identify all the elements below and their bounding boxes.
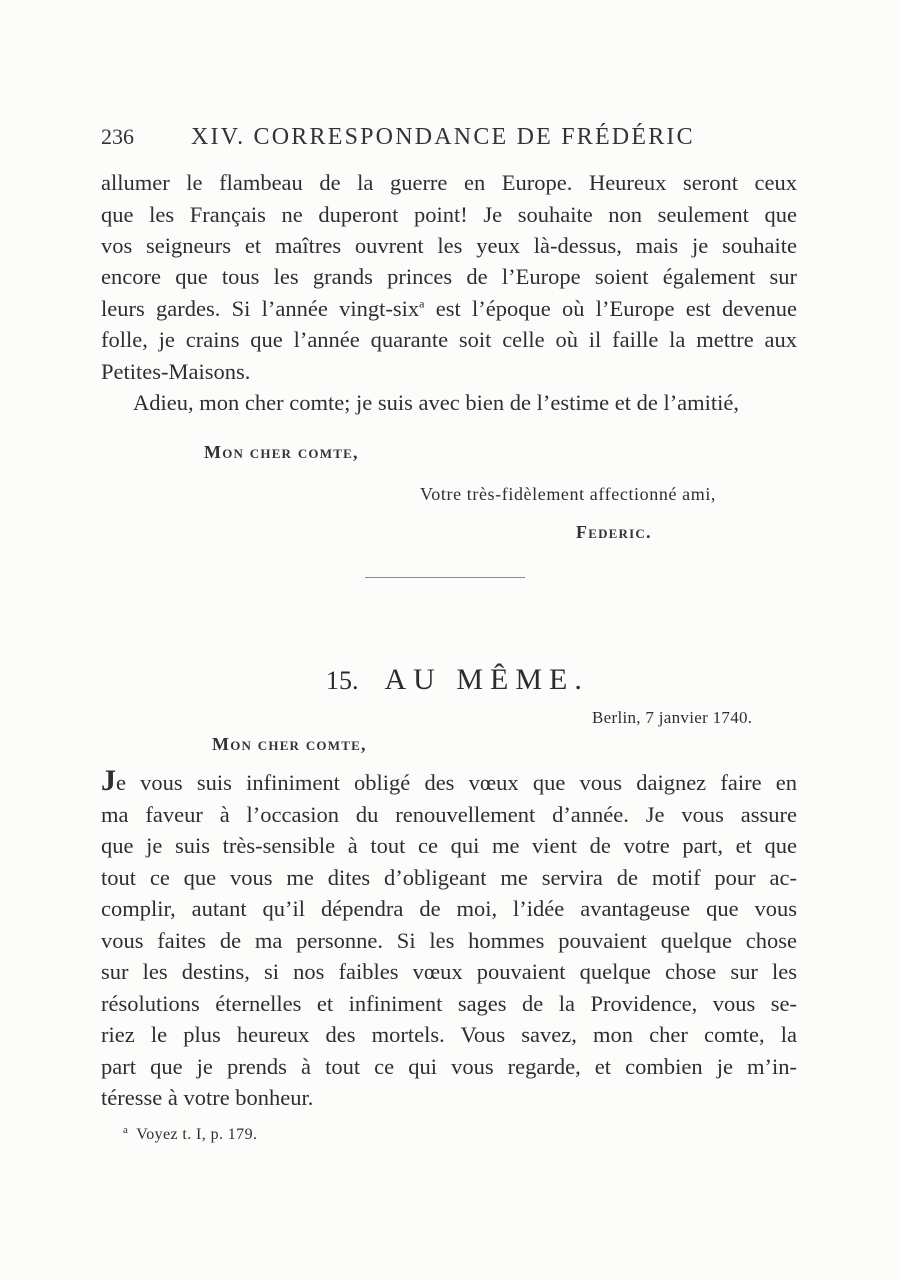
- opening-salutation: Mon cher comte,: [212, 732, 367, 756]
- text-line: Je vous suis infiniment obligé des vœux …: [101, 768, 797, 798]
- text-line: vos seigneurs et maîtres ouvrent les yeu…: [101, 231, 797, 261]
- text-line: leurs gardes. Si l’année vingt-sixa est …: [101, 294, 797, 324]
- text-segment: est l’époque où l’Europe est devenue: [424, 296, 797, 321]
- text-segment: e vous suis infiniment obligé des vœux q…: [116, 770, 797, 795]
- text-line: que je suis très-sensible à tout ce qui …: [101, 831, 797, 861]
- text-segment: leurs gardes. Si l’année vingt-six: [101, 296, 419, 321]
- letter-heading: 15.AU MÊME.: [326, 660, 589, 701]
- text-line: ma faveur à l’occasion du renouvellement…: [101, 800, 797, 830]
- place-date: Berlin, 7 janvier 1740.: [592, 706, 752, 730]
- running-head: 236 XIV. CORRESPONDANCE DE FRÉDÉRIC: [101, 124, 797, 156]
- text-line: sur les destins, si nos faibles vœux pou…: [101, 957, 797, 987]
- footnote-text: Voyez t. I, p. 179.: [136, 1126, 257, 1143]
- text-line: part que je prends à tout ce qui vous re…: [101, 1052, 797, 1082]
- letter-number: 15.: [326, 666, 359, 695]
- text-line: riez le plus heureux des mortels. Vous s…: [101, 1020, 797, 1050]
- running-head-title: XIV. CORRESPONDANCE DE FRÉDÉRIC: [191, 124, 695, 151]
- closing-salutation: Mon cher comte,: [204, 440, 359, 464]
- text-line: tout ce que vous me dites d’obligeant me…: [101, 863, 797, 893]
- text-line: encore que tous les grands princes de l’…: [101, 262, 797, 292]
- letter-title: AU MÊME.: [385, 663, 589, 696]
- text-line: résolutions éternelles et infiniment sag…: [101, 989, 797, 1019]
- text-line: folle, je crains que l’année quarante so…: [101, 325, 797, 355]
- drop-cap: J: [101, 764, 116, 797]
- text-line: téresse à votre bonheur.: [101, 1083, 797, 1113]
- text-line: allumer le flambeau de la guerre en Euro…: [101, 168, 797, 198]
- section-divider: [365, 577, 525, 578]
- text-line: complir, autant qu’il dépendra de moi, l…: [101, 894, 797, 924]
- page-number: 236: [101, 124, 134, 150]
- text-line: Petites-Maisons.: [101, 357, 797, 387]
- closing-paragraph: Adieu, mon cher comte; je suis avec bien…: [133, 388, 797, 418]
- footnote-marker: a: [123, 1124, 128, 1136]
- signature: Federic.: [576, 520, 652, 544]
- valediction: Votre très-fidèlement affectionné ami,: [420, 482, 716, 506]
- text-line: vous faites de ma personne. Si les homme…: [101, 926, 797, 956]
- footnote: aVoyez t. I, p. 179.: [123, 1124, 257, 1146]
- text-line: que les Français ne duperont point! Je s…: [101, 200, 797, 230]
